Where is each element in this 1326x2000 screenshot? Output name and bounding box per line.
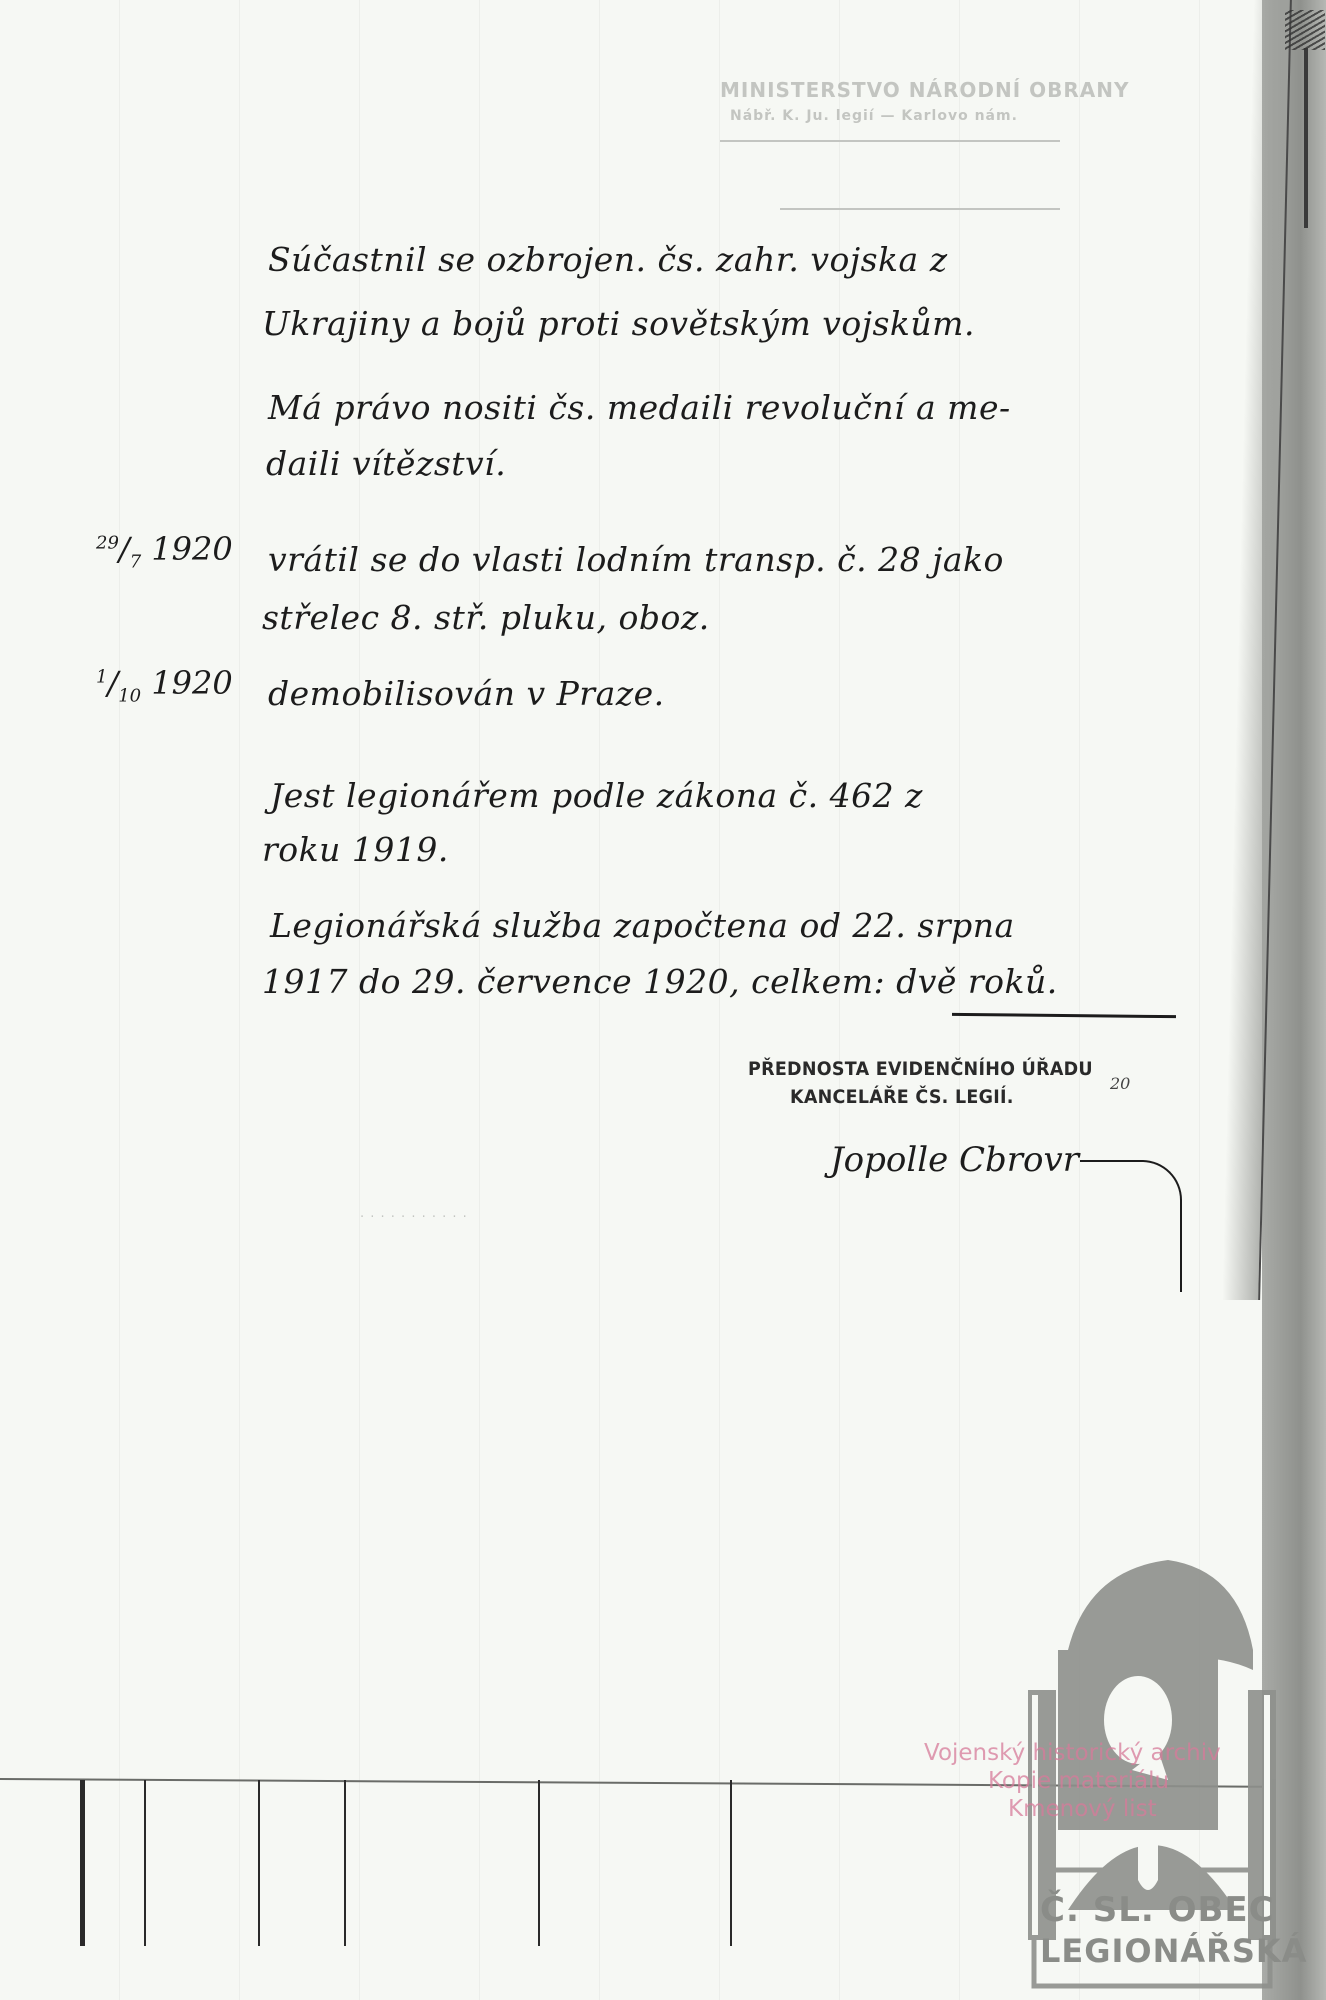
logo-text-line-2: LEGIONÁŘSKÁ xyxy=(1040,1932,1307,1970)
archive-stamp-line-1: Vojenský historický archiv xyxy=(924,1740,1221,1766)
total-underline xyxy=(952,1013,1176,1018)
entry-3-day: 29 xyxy=(96,532,119,553)
entry-1-line-1: Súčastnil se ozbrojen. čs. zahr. vojska … xyxy=(268,240,948,279)
header-bleed-title: MINISTERSTVO NÁRODNÍ OBRANY xyxy=(720,78,1129,102)
header-bleed-subtitle: Nábř. K. Ju. legií — Karlovo nám. xyxy=(730,108,1018,124)
entry-5-line-1: Jest legionářem podle zákona č. 462 z xyxy=(270,776,923,815)
archive-stamp-line-2: Kopie materiálu xyxy=(988,1768,1169,1794)
office-stamp-line-2: KANCELÁŘE ČS. LEGIÍ. xyxy=(790,1086,1014,1108)
entry-3-line-2: střelec 8. stř. pluku, oboz. xyxy=(262,598,710,637)
entry-4-month: 10 xyxy=(118,685,141,706)
table-column-line xyxy=(258,1780,260,1946)
logo-text-line-1: Č. SL. OBEC xyxy=(1040,1890,1275,1930)
scribble-mark xyxy=(1285,10,1325,50)
entry-3-line-1: vrátil se do vlasti lodním transp. č. 28… xyxy=(268,540,1004,579)
entry-3-date: 29/7 1920 xyxy=(96,530,233,572)
entry-3-year: 1920 xyxy=(151,530,232,568)
entry-5-line-2: roku 1919. xyxy=(262,830,449,869)
table-column-line xyxy=(80,1780,85,1946)
entry-4-day: 1 xyxy=(96,666,107,687)
entry-4-year: 1920 xyxy=(151,664,232,702)
entry-4-line-1: demobilisován v Praze. xyxy=(268,674,665,713)
entry-6-line-2: 1917 do 29. července 1920, celkem: dvě r… xyxy=(262,962,1058,1001)
table-column-line xyxy=(144,1780,146,1946)
form-bleed-label: · · · · · · · · · · · xyxy=(360,1210,468,1225)
margin-note: 20 xyxy=(1110,1074,1130,1093)
signature: Jopolle Cbrovr xyxy=(830,1140,1079,1180)
underlying-frame xyxy=(1304,48,1326,228)
entry-4-date: 1/10 1920 xyxy=(96,664,233,706)
entry-3-month: 7 xyxy=(130,551,141,572)
table-column-line xyxy=(730,1780,732,1946)
entry-6-line-1: Legionářská služba započtena od 22. srpn… xyxy=(270,906,1015,945)
entry-2-line-2: daili vítězství. xyxy=(266,444,506,483)
entry-2-line-1: Má právo nositi čs. medaili revoluční a … xyxy=(268,388,1011,427)
entry-1-line-2: Ukrajiny a bojů proti sovětským vojskům. xyxy=(262,304,975,343)
header-rule xyxy=(720,140,1060,142)
table-column-line xyxy=(344,1780,346,1946)
table-column-line xyxy=(538,1780,540,1946)
office-stamp-line-1: PŘEDNOSTA EVIDENČNÍHO ÚŘADU xyxy=(748,1058,1093,1080)
header-rule-2 xyxy=(780,208,1060,210)
signature-flourish xyxy=(1080,1160,1182,1292)
archive-stamp-line-3: Kmenový list xyxy=(1008,1796,1157,1822)
